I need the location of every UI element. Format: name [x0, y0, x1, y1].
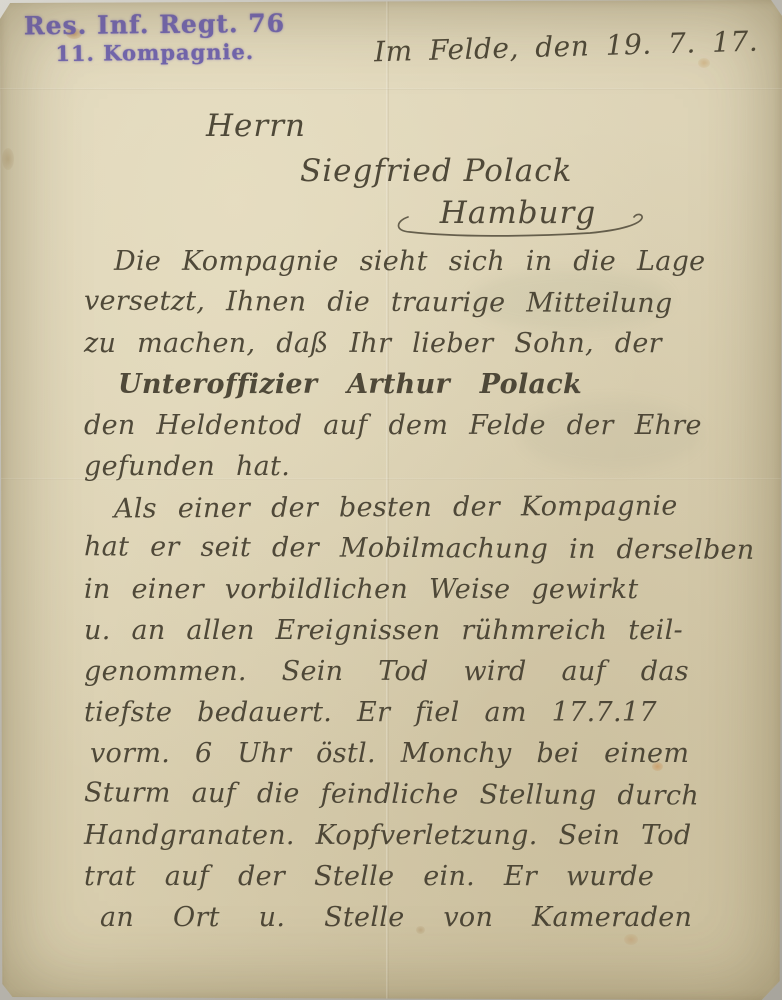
letter-line: genommen. Sein Tod wird auf das	[84, 651, 732, 692]
letter-line: den Heldentod auf dem Felde der Ehre	[84, 405, 732, 446]
recipient-name: Siegfried Polack	[300, 153, 782, 189]
letter-line: gefunden hat.	[84, 446, 732, 487]
letter-line: Handgranaten. Kopfverletzung. Sein Tod	[84, 815, 732, 856]
stamp-company-line: 11. Kompagnie.	[24, 39, 285, 67]
letter-line: zu machen, daß Ihr lieber Sohn, der	[84, 323, 732, 364]
letter-line: in einer vorbildlichen Weise gewirkt	[84, 569, 732, 610]
recipient-city-wrap: Hamburg	[428, 195, 608, 231]
regiment-ink-stamp: Res. Inf. Regt. 76 11. Kompagnie.	[24, 9, 286, 67]
recipient-block: Herrn Siegfried Polack Hamburg	[0, 108, 782, 231]
letter-page: Res. Inf. Regt. 76 11. Kompagnie. Im Fel…	[0, 0, 782, 1000]
recipient-salutation: Herrn	[206, 108, 782, 144]
letter-line: vorm. 6 Uhr östl. Monchy bei einem	[84, 733, 732, 774]
letter-line: u. an allen Ereignissen rühmreich teil-	[84, 610, 732, 651]
letter-line-fallen-soldier-name: Unteroffizier Arthur Polack	[84, 364, 732, 405]
letter-line: Die Kompagnie sieht sich in die Lage	[84, 241, 732, 282]
letter-line: trat auf der Stelle ein. Er wurde	[84, 856, 732, 897]
recipient-city: Hamburg	[440, 195, 596, 231]
photo-backdrop: Res. Inf. Regt. 76 11. Kompagnie. Im Fel…	[0, 0, 782, 1000]
letter-line: versetzt, Ihnen die traurige Mitteilung	[84, 281, 732, 325]
letter-line: tiefste bedauert. Er fiel am 17.7.17	[84, 692, 732, 733]
letter-body: Die Kompagnie sieht sich in die Lage ver…	[84, 241, 732, 938]
letter-line: an Ort u. Stelle von Kameraden	[84, 897, 732, 938]
foxing-stain	[698, 58, 710, 68]
letter-line: hat er seit der Mobilmachung in derselbe…	[84, 526, 732, 570]
horizontal-fold-crease	[0, 88, 782, 90]
stamp-regiment-line: Res. Inf. Regt. 76	[24, 9, 286, 41]
dateline: Im Felde, den 19. 7. 17.	[374, 25, 759, 69]
letter-line: Als einer der besten der Kompagnie	[84, 485, 732, 529]
letter-line: Sturm auf die feindliche Stellung durch	[84, 772, 732, 816]
